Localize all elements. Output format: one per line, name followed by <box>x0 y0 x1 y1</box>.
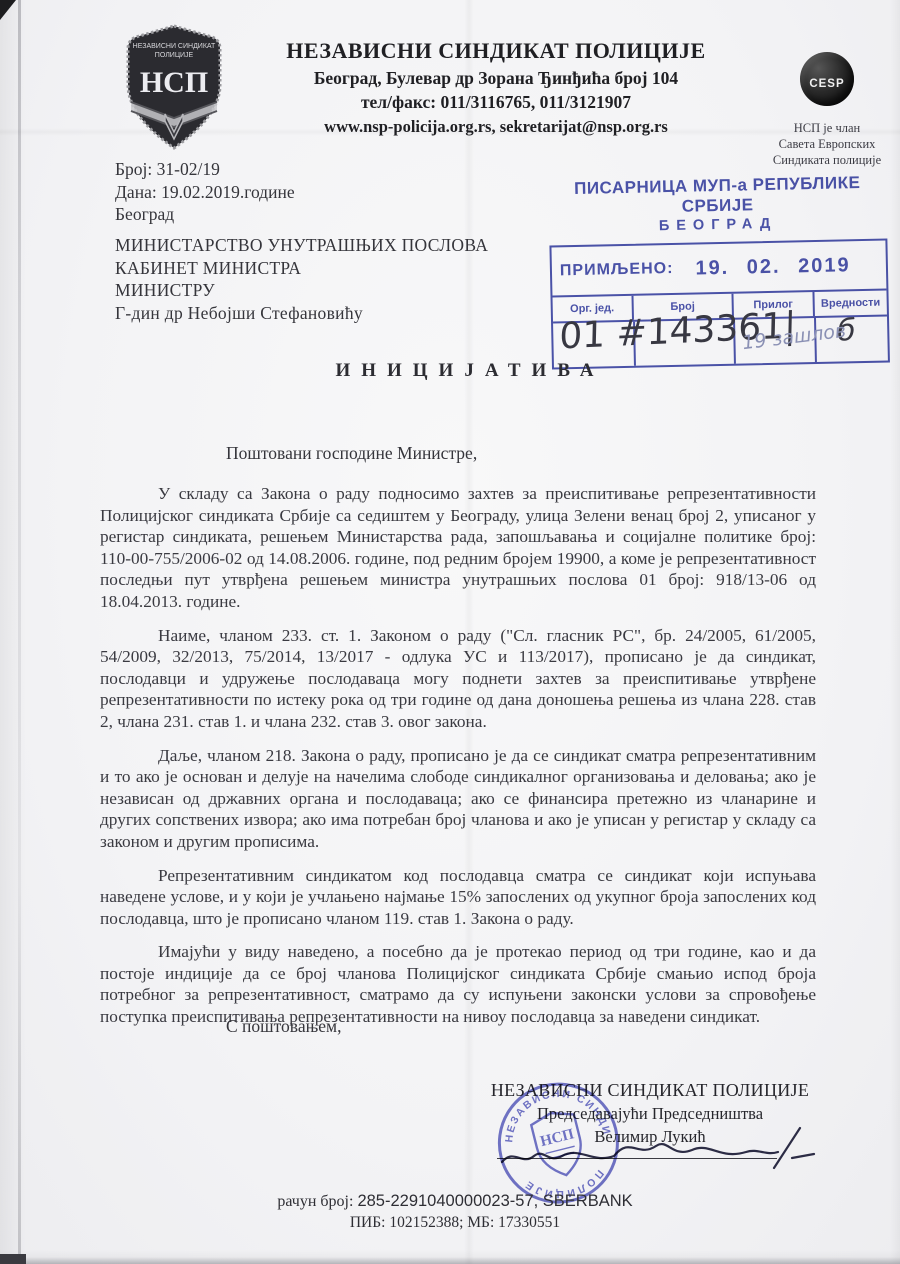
cesp-note-line: Синдиката полиције <box>762 152 892 168</box>
cesp-membership-note: НСП је члан Савета Европских Синдиката п… <box>762 120 892 168</box>
document-number: Број: 31-02/19 <box>115 158 295 181</box>
badge-top-text2: ПОЛИЦИЈЕ <box>155 52 194 59</box>
document-meta: Број: 31-02/19 Дана: 19.02.2019.године Б… <box>115 158 295 226</box>
closing-salutation: С поштовањем, <box>226 1016 341 1037</box>
recipient-line: МИНИСТРУ <box>115 279 488 302</box>
org-name: НЕЗАВИСНИ СИНДИКАТ ПОЛИЦИЈЕ <box>240 38 752 64</box>
badge-top-text: НЕЗАВИСНИ СИНДИКАТ <box>133 43 216 50</box>
cesp-note-line: НСП је члан <box>762 120 892 136</box>
body-paragraph: Репрезентативним синдикатом код послодав… <box>100 865 816 930</box>
tax-id-line: ПИБ: 102152388; МБ: 17330551 <box>0 1214 900 1232</box>
document-date: Дана: 19.02.2019.године <box>115 181 295 204</box>
stamp-table: ПРИМЉЕНО: 19. 02. 2019 Орг. јед. Број Пр… <box>549 238 890 369</box>
cesp-globe-logo: CESP <box>800 52 854 106</box>
cesp-note-line: Савета Европских <box>762 136 892 152</box>
recipient-line: МИНИСТАРСТВО УНУТРАШЊИХ ПОСЛОВА <box>115 234 488 257</box>
org-web: www.nsp-policija.org.rs, sekretarijat@ns… <box>240 117 752 137</box>
received-date: 19. 02. 2019 <box>673 254 851 281</box>
letter-body: У складу са Закона о раду подносимо захт… <box>100 483 816 1040</box>
scan-edge-artifact <box>0 1257 900 1264</box>
body-paragraph: Даље, чланом 218. Закона о раду, прописа… <box>100 745 816 853</box>
org-phone: тел/факс: 011/3116765, 011/3121907 <box>240 92 752 113</box>
document-title: ИНИЦИЈАТИВА <box>0 360 900 382</box>
body-paragraph: Наиме, чланом 233. ст. 1. Законом о раду… <box>100 625 816 733</box>
recipient-line: КАБИНЕТ МИНИСТРА <box>115 257 488 280</box>
account-number: 285-2291040000023-57, SBERBANK <box>357 1192 632 1210</box>
stamp-title: ПИСАРНИЦА МУП-а РЕПУБЛИКЕ СРБИЈЕ <box>548 172 887 219</box>
scanned-letter-page: НЕЗАВИСНИ СИНДИКАТ ПОЛИЦИЈЕ НСП НЕЗАВИСН… <box>0 0 900 1264</box>
scan-corner-artifact <box>0 0 16 20</box>
cesp-label: CESP <box>800 78 854 90</box>
scan-edge-artifact <box>18 0 21 1264</box>
scan-corner-artifact <box>0 1254 26 1264</box>
received-label: ПРИМЉЕНО: <box>552 260 674 281</box>
body-paragraph: У складу са Закона о раду подносимо захт… <box>100 483 816 613</box>
body-paragraph: Имајући у виду наведено, а посебно да је… <box>100 941 816 1027</box>
badge-acronym: НСП <box>140 66 208 99</box>
signature-scribble <box>496 1118 836 1187</box>
cesp-block: CESP НСП је члан Савета Европских Синдик… <box>762 52 892 168</box>
bank-account-line: рачун број: 285-2291040000023-57, SBERBA… <box>0 1192 900 1211</box>
org-address: Београд, Булевар др Зорана Ђинђића број … <box>240 68 752 89</box>
salutation: Поштовани господине Министре, <box>226 443 477 464</box>
recipient-line: Г-дин др Небојши Стефановићу <box>115 302 488 325</box>
document-city: Београд <box>115 203 295 226</box>
account-label: рачун број: <box>277 1193 357 1210</box>
recipient-block: МИНИСТАРСТВО УНУТРАШЊИХ ПОСЛОВА КАБИНЕТ … <box>115 234 488 324</box>
nsp-badge-logo: НЕЗАВИСНИ СИНДИКАТ ПОЛИЦИЈЕ НСП <box>118 22 230 154</box>
letterhead: НЕЗАВИСНИ СИНДИКАТ ПОЛИЦИЈЕ Београд, Бул… <box>240 38 752 137</box>
footer-block: рачун број: 285-2291040000023-57, SBERBA… <box>0 1192 900 1232</box>
col-vrednosti: Вредности <box>814 290 887 316</box>
stamp-received-row: ПРИМЉЕНО: 19. 02. 2019 <box>551 241 886 298</box>
